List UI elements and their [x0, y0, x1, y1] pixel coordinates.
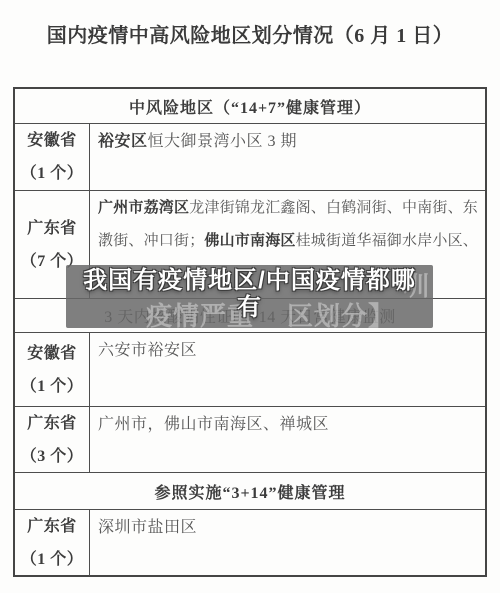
area-city-bold: 广州市荔湾区 — [98, 200, 189, 216]
area-cell: 广州市，佛山市南海区、禅城区 — [90, 407, 485, 473]
province-cell: 广东省 （3 个） — [15, 407, 90, 473]
watermark-caption-line-1: 我国有疫情地区/中国疫情都哪 — [66, 267, 433, 294]
section-header-3plus14: 参照实施“3+14”健康管理 — [15, 472, 485, 509]
area-city-bold: 佛山市南海区 — [204, 233, 295, 249]
section-header-medium-risk: 中风险地区（“14+7”健康管理） — [15, 89, 485, 123]
area-text: 深圳市盐田区 — [98, 519, 197, 536]
province-label: 安徽省 — [15, 124, 89, 157]
area-text: 六安市裕安区 — [98, 342, 197, 359]
province-cell: 广东省 （1 个） — [15, 510, 90, 576]
count-label: （1 个） — [15, 157, 89, 190]
area-cell: 裕安区恒大御景湾小区 3 期 — [90, 124, 485, 190]
province-label: 广东省 — [15, 510, 89, 543]
province-label: 广东省 — [15, 407, 89, 440]
count-label: （1 个） — [15, 370, 89, 403]
area-cell: 六安市裕安区 — [90, 333, 485, 406]
area-line-2: 漖街、冲口街；佛山市南海区桂城街道华福御水岸小区、 — [98, 225, 481, 258]
province-label: 广东省 — [15, 212, 89, 245]
area-line-1: 广州市荔湾区龙津街锦龙汇鑫阁、白鹤洞街、中南街、东 — [98, 192, 481, 225]
watermark-caption-line-2: 有 — [66, 294, 433, 321]
area-line: 深圳市盐田区 — [98, 511, 481, 544]
area-line: 广州市，佛山市南海区、禅城区 — [98, 408, 481, 441]
area-cell: 深圳市盐田区 — [90, 510, 485, 576]
table-row-anhui-medium: 安徽省 （1 个） 裕安区恒大御景湾小区 3 期 — [15, 123, 485, 190]
table-row-anhui-released: 安徽省 （1 个） 六安市裕安区 — [15, 332, 485, 406]
section-header-3plus14-label: 参照实施“3+14”健康管理 — [154, 480, 345, 503]
area-text: 恒大御景湾小区 3 期 — [148, 133, 298, 150]
document-page: 国内疫情中高风险地区划分情况（6 月 1 日） 中风险地区（“14+7”健康管理… — [0, 0, 500, 593]
page-title: 国内疫情中高风险地区划分情况（6 月 1 日） — [0, 19, 500, 48]
area-line: 六安市裕安区 — [98, 334, 481, 367]
province-label: 安徽省 — [15, 337, 89, 370]
area-text: 龙津街锦龙汇鑫阁、白鹤洞街、中南街、东 — [189, 200, 478, 216]
area-text: 广州市，佛山市南海区、禅城区 — [98, 416, 329, 433]
province-cell: 安徽省 （1 个） — [15, 124, 90, 190]
province-cell: 安徽省 （1 个） — [15, 333, 90, 406]
watermark-overlay: 圳 疫情严重 区划分】 我国有疫情地区/中国疫情都哪 有 — [66, 265, 433, 328]
count-label: （3 个） — [15, 440, 89, 473]
area-text: 桂城街道华福御水岸小区、 — [296, 233, 478, 249]
area-district-bold: 裕安区 — [98, 133, 148, 150]
area-line: 裕安区恒大御景湾小区 3 期 — [98, 125, 481, 158]
area-text: 漖街、冲口街； — [98, 233, 204, 249]
section-header-medium-risk-label: 中风险地区（“14+7”健康管理） — [129, 95, 371, 118]
table-row-guangdong-3plus14: 广东省 （1 个） 深圳市盐田区 — [15, 509, 485, 575]
watermark-caption: 我国有疫情地区/中国疫情都哪 有 — [66, 265, 433, 321]
table-row-guangdong-released: 广东省 （3 个） 广州市，佛山市南海区、禅城区 — [15, 406, 485, 472]
count-label: （1 个） — [15, 543, 89, 576]
